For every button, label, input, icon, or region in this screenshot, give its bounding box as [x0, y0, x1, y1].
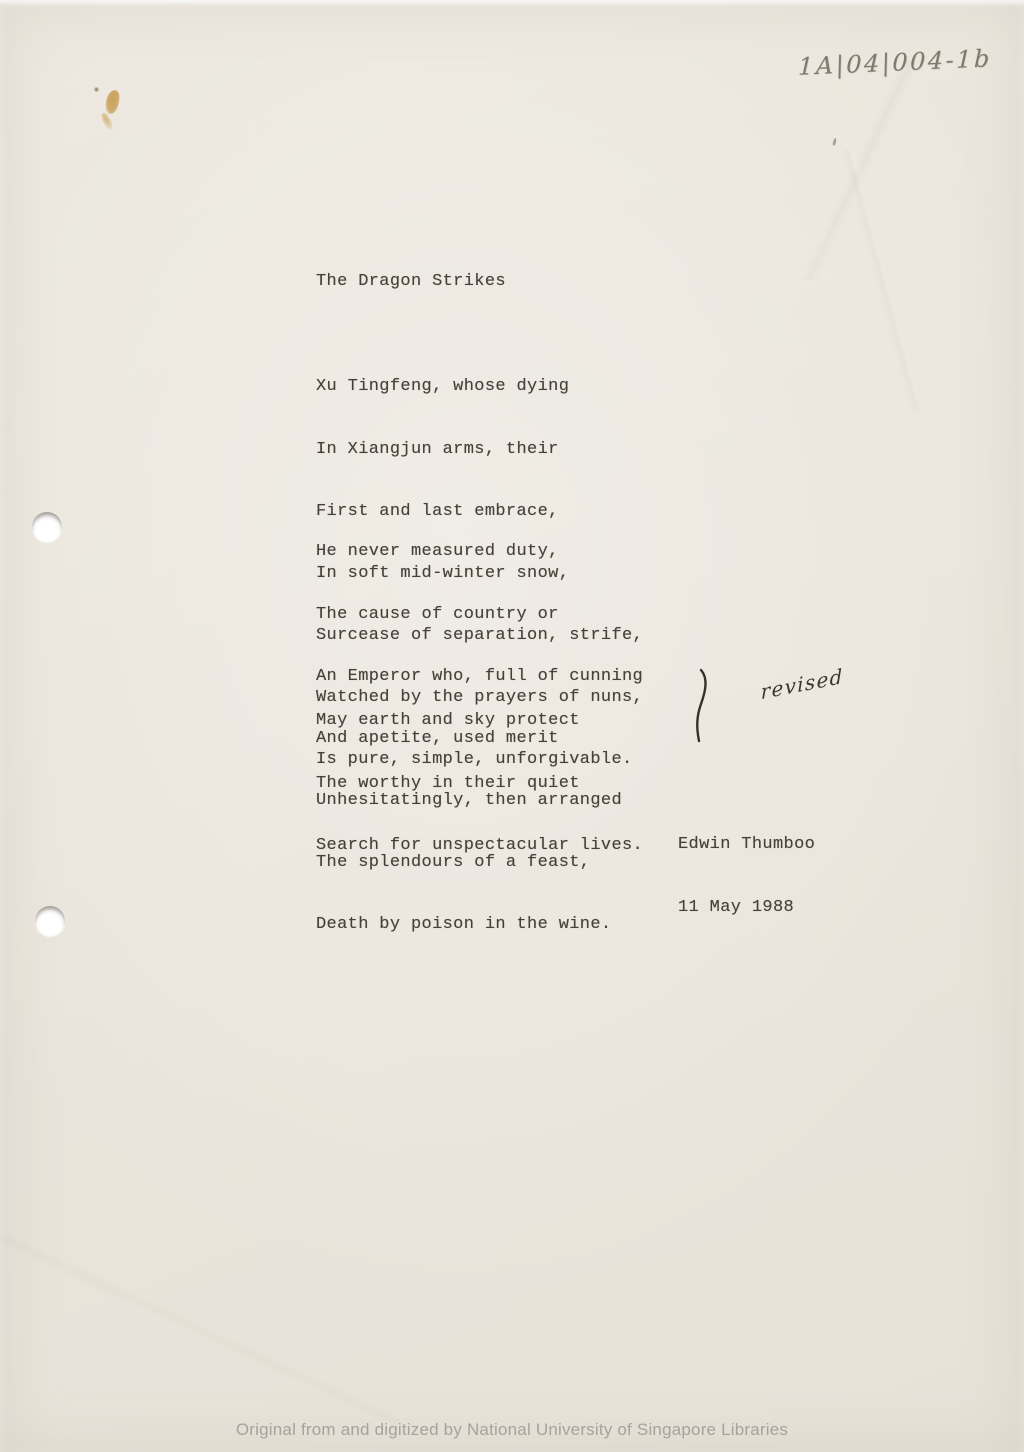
scanned-typescript-page: 1A|04|004-1b The Dragon Strikes Xu Tingf…	[0, 0, 1024, 1452]
scan-top-edge	[0, 0, 1024, 6]
stain-dot	[94, 87, 99, 92]
poem-line: In Xiangjun arms, their	[316, 440, 643, 461]
digitization-footer: Original from and digitized by National …	[0, 1420, 1024, 1440]
paper-crease	[740, 150, 1024, 410]
poem-line: Death by poison in the wine.	[316, 915, 643, 936]
punch-hole-bottom	[35, 906, 65, 936]
poem-line: Search for unspectacular lives.	[316, 836, 643, 857]
paper-crease	[700, 60, 1020, 280]
paper-stain-tail	[99, 111, 115, 131]
poem-date: 11 May 1988	[678, 898, 815, 919]
punch-hole-top	[32, 512, 62, 542]
poem-title: The Dragon Strikes	[316, 272, 506, 293]
poem-line: He never measured duty,	[316, 542, 643, 563]
poem-stanza-3: May earth and sky protect The worthy in …	[316, 670, 643, 898]
handwritten-archival-number: 1A|04|004-1b	[798, 43, 1019, 81]
handwritten-bracket-mark	[688, 664, 718, 748]
poem-line: The cause of country or	[316, 605, 643, 626]
poem-line: Xu Tingfeng, whose dying	[316, 377, 643, 398]
paper-crease	[0, 1230, 400, 1430]
poem-line: The worthy in their quiet	[316, 774, 643, 795]
author-name: Edwin Thumboo	[678, 835, 815, 856]
pencil-fleck-mark	[832, 138, 837, 147]
handwritten-revised-note: revised	[761, 664, 844, 704]
poem-line: May earth and sky protect	[316, 711, 643, 732]
signature-block: Edwin Thumboo 11 May 1988	[678, 794, 815, 960]
paper-stain	[104, 89, 120, 115]
